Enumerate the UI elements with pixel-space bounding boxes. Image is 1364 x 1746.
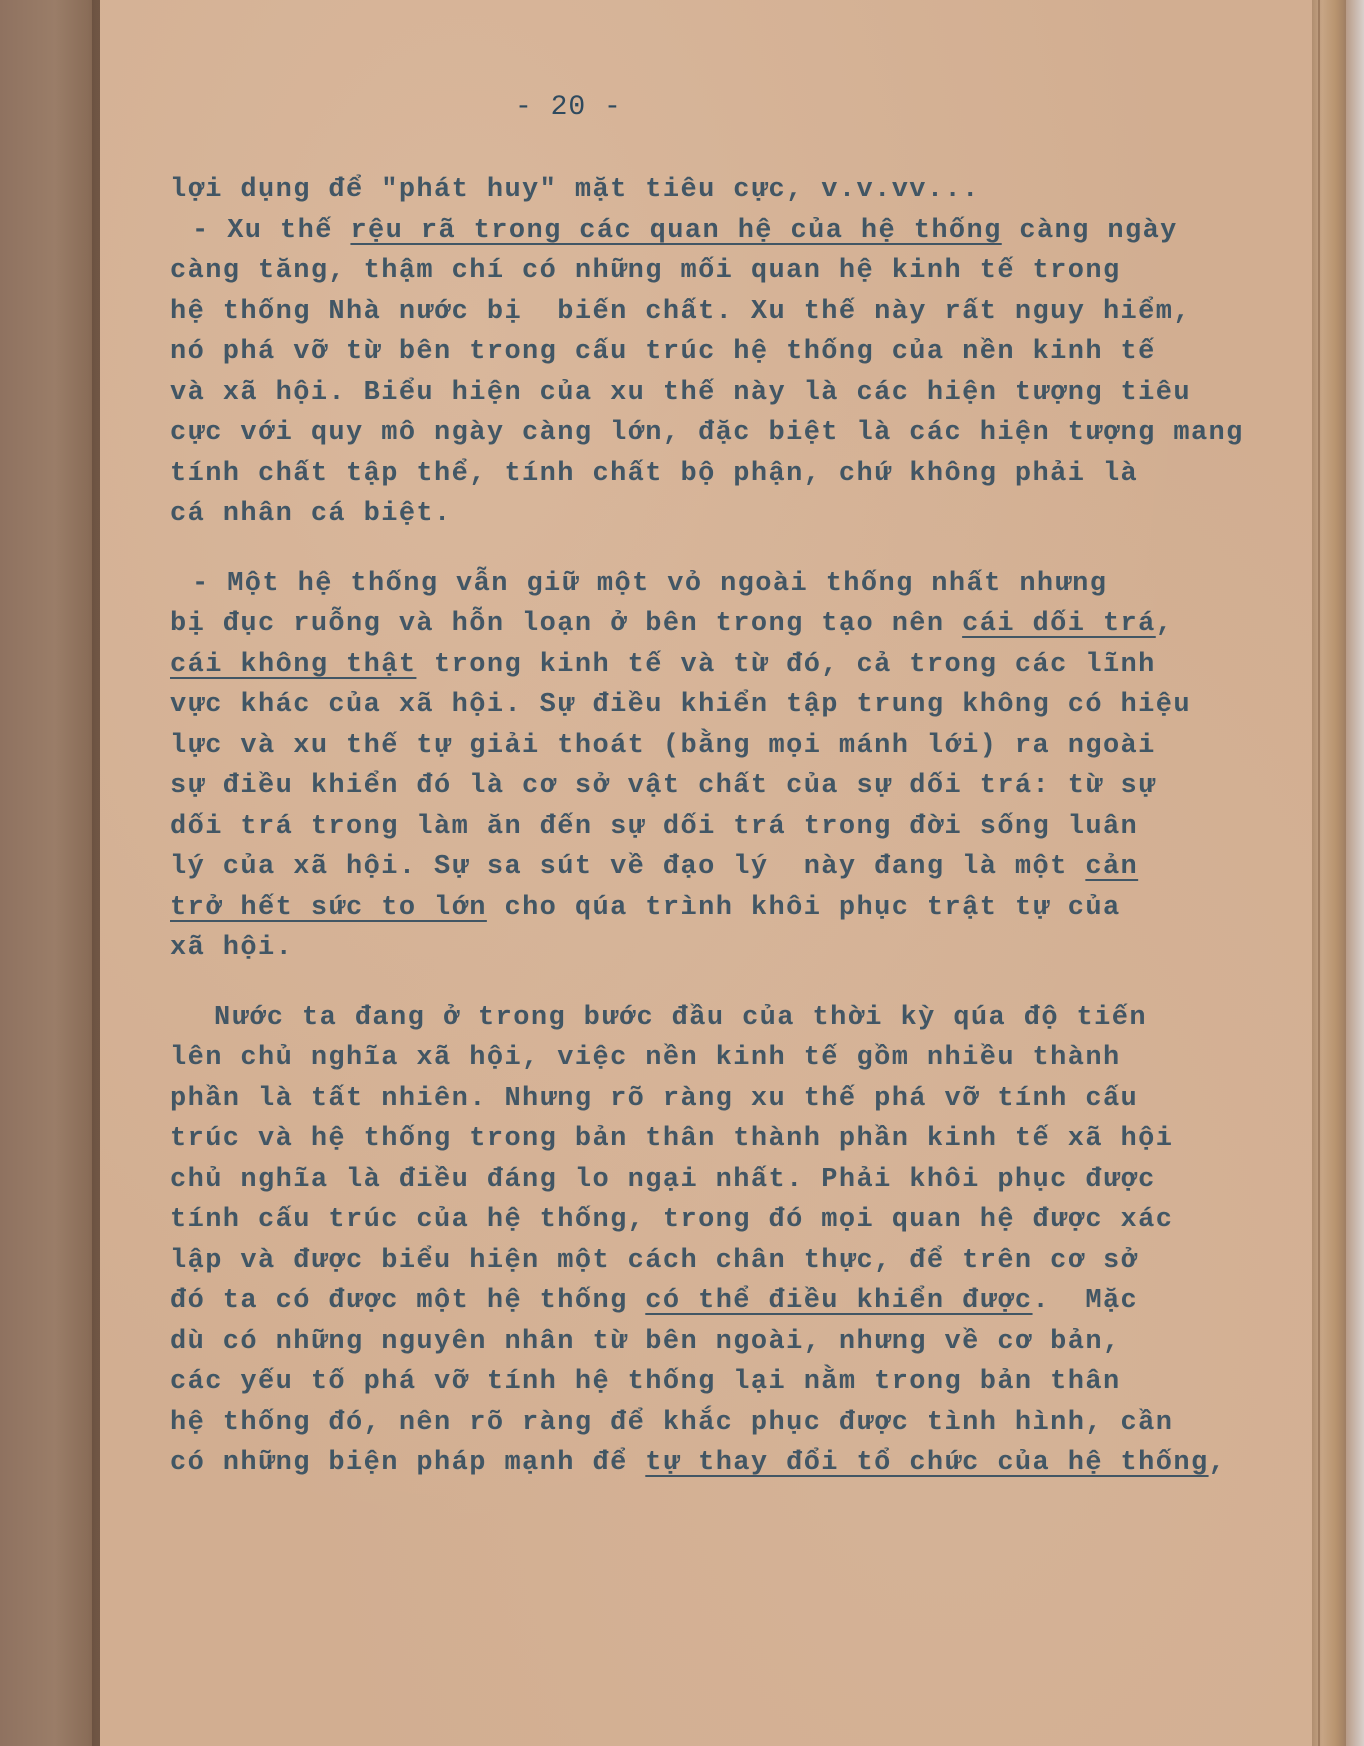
underlined-phrase: cái không thật: [170, 650, 416, 680]
text-line: lên chủ nghĩa xã hội, việc nền kinh tế g…: [170, 1038, 1230, 1079]
text-span: đó ta có được một hệ thống: [170, 1286, 645, 1316]
text-line: lợi dụng để "phát huy" mặt tiêu cực, v.v…: [170, 170, 1230, 211]
text-span: có những biện pháp mạnh để: [170, 1448, 645, 1478]
background-right: [1346, 0, 1364, 1746]
text-span: ,: [1209, 1448, 1227, 1478]
underlined-phrase: trở hết sức to lớn: [170, 893, 487, 923]
text-line: dối trá trong làm ăn đến sự dối trá tron…: [170, 807, 1230, 848]
text-line: lý của xã hội. Sự sa sút về đạo lý này đ…: [170, 847, 1230, 888]
text-line: tính cấu trúc của hệ thống, trong đó mọi…: [170, 1200, 1230, 1241]
text-line: vực khác của xã hội. Sự điều khiển tập t…: [170, 685, 1230, 726]
text-span: lý của xã hội. Sự sa sút về đạo lý này đ…: [170, 852, 1085, 882]
underlined-phrase: rệu rã trong các quan hệ của hệ thống: [350, 216, 1001, 246]
text-line: đó ta có được một hệ thống có thể điều k…: [170, 1281, 1230, 1322]
text-line: nó phá vỡ từ bên trong cấu trúc hệ thống…: [170, 332, 1230, 373]
underlined-phrase: tự thay đổi tổ chức của hệ thống: [645, 1448, 1208, 1478]
text-line: cái không thật trong kinh tế và từ đó, c…: [170, 645, 1230, 686]
text-line: hệ thống đó, nên rõ ràng để khắc phục đư…: [170, 1403, 1230, 1444]
text-line: Nước ta đang ở trong bước đầu của thời k…: [170, 998, 1230, 1039]
page-number: - 20 -: [515, 92, 622, 123]
text-line: càng tăng, thậm chí có những mối quan hệ…: [170, 251, 1230, 292]
text-span: . Mặc: [1033, 1286, 1139, 1316]
text-line: trở hết sức to lớn cho qúa trình khôi ph…: [170, 888, 1230, 929]
text-line: cực với quy mô ngày càng lớn, đặc biệt l…: [170, 413, 1230, 454]
text-line: - Xu thế rệu rã trong các quan hệ của hệ…: [170, 211, 1230, 252]
text-line: - Một hệ thống vẫn giữ một vỏ ngoài thốn…: [170, 564, 1230, 605]
text-line: xã hội.: [170, 928, 1230, 969]
text-span: trong kinh tế và từ đó, cả trong các lĩn…: [416, 650, 1155, 680]
text-line: chủ nghĩa là điều đáng lo ngại nhất. Phả…: [170, 1160, 1230, 1201]
text-line: trúc và hệ thống trong bản thân thành ph…: [170, 1119, 1230, 1160]
text-line: lập và được biểu hiện một cách chân thực…: [170, 1241, 1230, 1282]
text-line: cá nhân cá biệt.: [170, 494, 1230, 535]
paragraph-gap: [170, 535, 1230, 564]
page-edge-line: [1318, 0, 1320, 1746]
text-line: dù có những nguyên nhân từ bên ngoài, nh…: [170, 1322, 1230, 1363]
text-span: bị đục ruỗng và hỗn loạn ở bên trong tạo…: [170, 609, 962, 639]
body-text: lợi dụng để "phát huy" mặt tiêu cực, v.v…: [170, 170, 1230, 1484]
text-line: sự điều khiển đó là cơ sở vật chất của s…: [170, 766, 1230, 807]
text-line: hệ thống Nhà nước bị biến chất. Xu thế n…: [170, 292, 1230, 333]
text-line: lực và xu thế tự giải thoát (bằng mọi má…: [170, 726, 1230, 767]
text-line: và xã hội. Biểu hiện của xu thế này là c…: [170, 373, 1230, 414]
text-span: càng ngày: [1002, 216, 1178, 246]
text-span: ,: [1156, 609, 1174, 639]
text-span: cho qúa trình khôi phục trật tự của: [487, 893, 1121, 923]
text-line: các yếu tố phá vỡ tính hệ thống lại nằm …: [170, 1362, 1230, 1403]
text-line: phần là tất nhiên. Nhưng rõ ràng xu thế …: [170, 1079, 1230, 1120]
paragraph-gap: [170, 969, 1230, 998]
text-line: tính chất tập thể, tính chất bộ phận, ch…: [170, 454, 1230, 495]
text-span: - Xu thế: [192, 216, 350, 246]
underlined-phrase: cản: [1085, 852, 1138, 882]
text-line: có những biện pháp mạnh để tự thay đổi t…: [170, 1443, 1230, 1484]
book-binding: [0, 0, 100, 1746]
underlined-phrase: có thể điều khiển được: [645, 1286, 1032, 1316]
underlined-phrase: cái dối trá: [962, 609, 1156, 639]
text-line: bị đục ruỗng và hỗn loạn ở bên trong tạo…: [170, 604, 1230, 645]
